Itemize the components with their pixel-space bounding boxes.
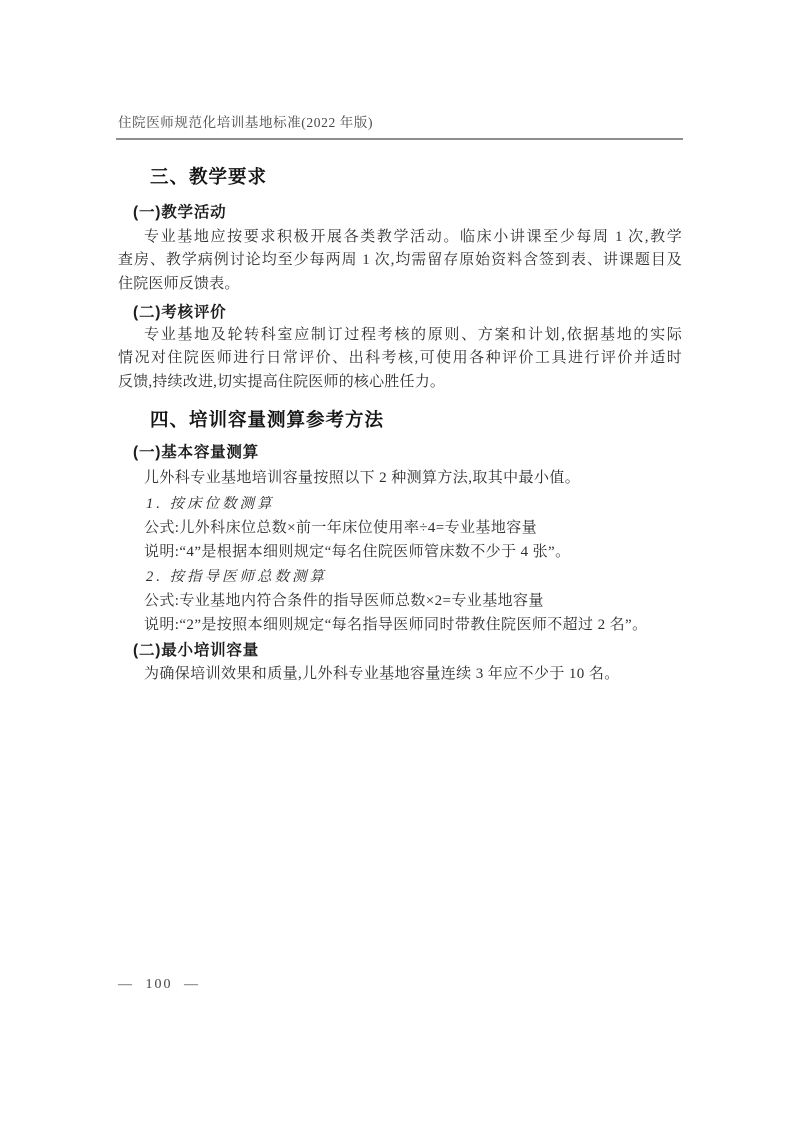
minimum-capacity-text: 为确保培训效果和质量,儿外科专业基地容量连续 3 年应不少于 10 名。	[118, 664, 708, 684]
paragraph-line: 住院医师反馈表。	[118, 273, 682, 296]
paragraph-line: 查房、教学病例讨论均至少每两周 1 次,均需留存原始资料含签到表、讲课题目及	[118, 249, 682, 272]
subheading-teaching-activity: (一)教学活动	[118, 203, 697, 223]
method2-label: 2. 按指导医师总数测算	[118, 567, 710, 587]
paragraph-line: 专业基地应按要求积极开展各类教学活动。临床小讲课至少每周 1 次,教学	[118, 226, 682, 249]
method2-note: 说明:“2”是按照本细则规定“每名指导医师同时带教住院医师不超过 2 名”。	[118, 615, 708, 635]
header-rule	[116, 138, 683, 140]
paragraph-teaching-activity: 专业基地应按要求积极开展各类教学活动。临床小讲课至少每周 1 次,教学 查房、教…	[118, 226, 682, 296]
section-title-teaching: 三、教学要求	[118, 165, 714, 189]
subheading-basic-capacity: (一)基本容量测算	[118, 443, 697, 463]
paragraph-teaching-evaluation: 专业基地及轮转科室应制订过程考核的原则、方案和计划,依据基地的实际 情况对住院医…	[118, 324, 682, 394]
paragraph-line: 情况对住院医师进行日常评价、出科考核,可使用各种评价工具进行评价并适时	[118, 347, 682, 370]
page-number: — 100 —	[118, 976, 682, 994]
method2-formula: 公式:专业基地内符合条件的指导医师总数×2=专业基地容量	[118, 591, 708, 611]
paragraph-line: 专业基地及轮转科室应制订过程考核的原则、方案和计划,依据基地的实际	[118, 324, 682, 347]
section-title-capacity: 四、培训容量测算参考方法	[118, 408, 714, 432]
method1-formula: 公式:儿外科床位总数×前一年床位使用率÷4=专业基地容量	[118, 518, 708, 538]
basic-capacity-intro: 儿外科专业基地培训容量按照以下 2 种测算方法,取其中最小值。	[118, 468, 708, 488]
running-head: 住院医师规范化培训基地标准(2022 年版)	[118, 114, 682, 131]
method1-label: 1. 按床位数测算	[118, 494, 710, 514]
document-page: 住院医师规范化培训基地标准(2022 年版) 三、教学要求 (一)教学活动 专业…	[0, 0, 800, 1131]
method1-note: 说明:“4”是根据本细则规定“每名住院医师管床数不少于 4 张”。	[118, 542, 708, 562]
subheading-teaching-evaluation: (二)考核评价	[118, 303, 697, 323]
subheading-minimum-capacity: (二)最小培训容量	[118, 641, 697, 661]
paragraph-line: 反馈,持续改进,切实提高住院医师的核心胜任力。	[118, 371, 682, 394]
